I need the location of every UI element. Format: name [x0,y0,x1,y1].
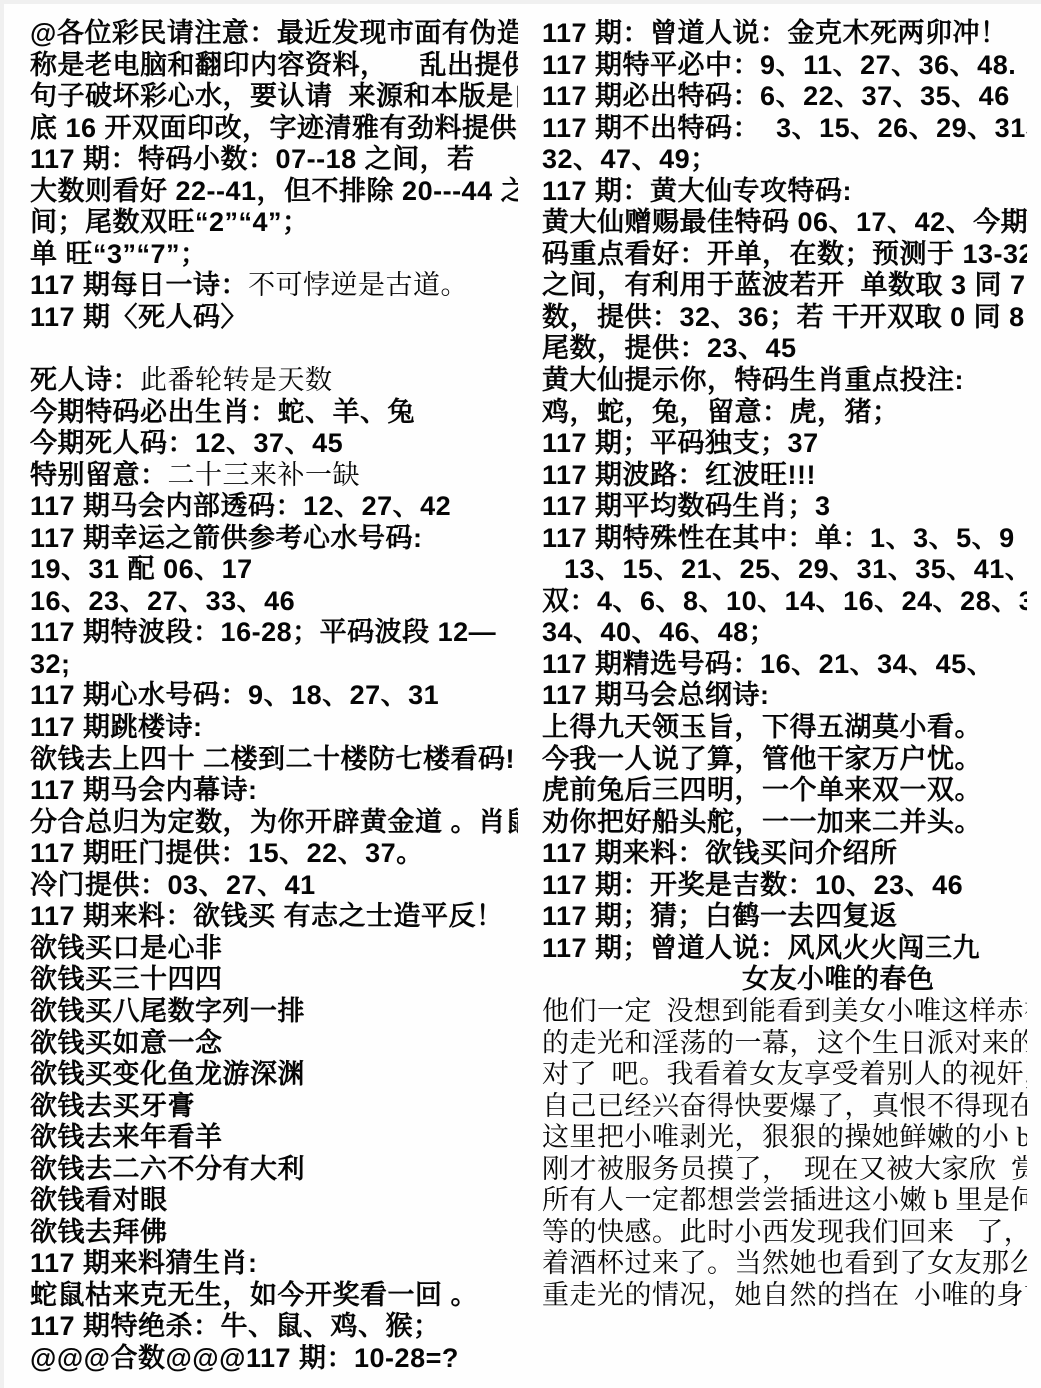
text-segment: 欲钱买变化鱼龙游深渊 [30,1059,305,1089]
text-segment: 对了 吧。我看着女友享受着别人的视奸， [542,1059,1027,1089]
text-line: 着酒杯过来了。当然她也看到了女友那么严 [542,1248,1027,1280]
text-line: 117 期幸运之箭供参考心水号码: [30,523,518,555]
text-line: 欲钱去买牙膏 [30,1091,518,1123]
text-segment: 双：4、6、8、10、14、16、24、28、30 [542,586,1027,616]
text-segment: 欲钱买三十四四 [30,964,223,994]
text-line: 欲钱去来年看羊 [30,1122,518,1154]
text-line: 数，提供：32、36；若 干开双取 0 同 8 [542,302,1027,334]
text-line: 欲钱买八尾数字列一排 [30,996,518,1028]
text-segment: 他们一定 没想到能看到美女小唯这样赤裸 [542,996,1027,1026]
text-line: 117 期；猜；白鹤一去四复返 [542,901,1027,933]
text-line: 今期特码必出生肖：蛇、羊、兔 [30,397,518,429]
text-segment: 117 期波路：红波旺!!! [542,460,816,490]
text-line: 死人诗：此番轮转是天数 [30,365,518,397]
text-line: 32、47、49； [542,144,1027,176]
text-line: 117 期来料：欲钱买 有志之士造平反！ [30,901,518,933]
text-line: 鸡，蛇，兔，留意：虎，猪； [542,397,1027,429]
text-line: 117 期马会总纲诗: [542,680,1027,712]
text-segment: 16、23、27、33、46 [30,586,295,616]
text-line: 双：4、6、8、10、14、16、24、28、30 [542,586,1027,618]
text-line: 117 期心水号码：9、18、27、31 [30,680,518,712]
text-line: 34、40、46、48； [542,617,1027,649]
text-line: 句子破坏彩心水，要认请 来源和本版是白 [30,81,518,113]
text-segment: 117 期心水号码：9、18、27、31 [30,680,439,710]
text-segment: 今我一人说了算，管他干家万户忧。 [542,744,982,774]
text-line: 间；尾数双旺“2”“4”； [30,207,518,239]
text-segment: 117 期马会内部透码：12、27、42 [30,491,451,521]
column-gap [518,18,542,1375]
text-segment: 117 期来料：欲钱买问介绍所 [542,838,898,868]
text-segment: 所有人一定都想尝尝插进这小嫩 b 里是何 [542,1185,1027,1215]
text-line: 117 期：开奖是吉数：10、23、46 [542,870,1027,902]
text-line: 117 期马会内幕诗: [30,775,518,807]
text-segment: 32、47、49； [542,144,718,174]
text-segment: 117 期马会内幕诗: [30,775,258,805]
text-segment: 欲钱去买牙膏 [30,1091,195,1121]
text-segment: 117 期马会总纲诗: [542,680,770,710]
text-segment: 117 期必出特码：6、22、37、35、46 [542,81,1010,111]
text-segment: 117 期：特码小数：07--18 之间，若 [30,144,475,174]
text-line: 码重点看好：开单，在数；预测于 13-32 [542,239,1027,271]
text-line: 117 期不出特码： 3、15、26、29、31、 [542,113,1027,145]
text-segment: 117 期精选号码：16、21、34、45、 [542,649,994,679]
text-line: @@@合数@@@117 期：10-28=? [30,1343,518,1375]
text-segment: 今期死人码：12、37、45 [30,428,343,458]
text-segment: 数，提供：32、36；若 干开双取 0 同 8 [542,302,1025,332]
text-segment: 117 期旺门提供：15、22、37。 [30,838,424,868]
text-segment: 此番轮转是天数 [140,365,333,395]
text-line: 16、23、27、33、46 [30,586,518,618]
text-segment: 欲钱买如意一念 [30,1028,223,1058]
text-segment: 黄大仙提示你，特码生肖重点投注: [542,365,964,395]
text-line: 117 期：曾道人说：金克木死两卯冲！ [542,18,1027,50]
text-segment: 117 期特波段：16-28；平码波段 12— [30,617,496,647]
text-line: 底 16 开双面印改，字迹清雅有劲料提供! [30,113,518,145]
text-line: 女友小唯的春色 [542,964,1027,996]
text-line: 欲钱买三十四四 [30,964,518,996]
text-segment: 欲钱去拜佛 [30,1217,168,1247]
text-line: 117 期必出特码：6、22、37、35、46 [542,81,1027,113]
text-line: 117 期特绝杀：牛、鼠、鸡、猴； [30,1311,518,1343]
text-segment: 码重点看好：开单，在数；预测于 13-32 [542,239,1027,269]
text-line: 冷门提供：03、27、41 [30,870,518,902]
text-segment: 117 期特绝杀：牛、鼠、鸡、猴； [30,1311,441,1341]
text-line: 劝你把好船头舵，一一加来二并头。 [542,807,1027,839]
text-line: 欲钱买变化鱼龙游深渊 [30,1059,518,1091]
text-segment: 欲钱去上四十 二楼到二十楼防七楼看码! [30,744,515,774]
text-segment: 句子破坏彩心水，要认请 来源和本版是白 [30,81,518,111]
text-segment: 欲钱看对眼 [30,1185,168,1215]
left-column: @各位彩民请注意：最近发现市面有伪造称是老电脑和翻印内容资料， 乱出提供诗句子破… [30,18,518,1375]
text-segment: 117 期〈死人码〉 [30,302,248,332]
text-line: 117 期；平码独支；37 [542,428,1027,460]
text-line: 之间，有利用于蓝波若开 单数取 3 同 7 尾 [542,270,1027,302]
text-line: 上得九天领玉旨，下得五湖莫小看。 [542,712,1027,744]
text-segment: 着酒杯过来了。当然她也看到了女友那么严 [542,1248,1027,1278]
text-line: 这里把小唯剥光，狠狠的操她鲜嫩的小 b。 [542,1122,1027,1154]
text-line: 117 期；曾道人说：风风火火闯三九 [542,933,1027,965]
text-segment: 117 期：开奖是吉数：10、23、46 [542,870,963,900]
text-segment: 117 期不出特码： 3、15、26、29、31、 [542,113,1027,143]
text-segment: 的走光和淫荡的一幕，这个生日派对来的太 [542,1028,1027,1058]
text-line: 今我一人说了算，管他干家万户忧。 [542,744,1027,776]
text-line: 13、15、21、25、29、31、35、41、49； [542,554,1027,586]
text-segment: 分合总归为定数，为你开辟黄金道 。肖鼠! [30,807,518,837]
text-line: 117 期精选号码：16、21、34、45、 [542,649,1027,681]
text-line: 117 期来料猜生肖: [30,1248,518,1280]
text-segment: 鸡，蛇，兔，留意：虎，猪； [542,397,900,427]
text-segment: 117 期；曾道人说：风风火火闯三九 [542,933,980,963]
text-line: 自己已经兴奋得快要爆了，真恨不得现在在 [542,1091,1027,1123]
text-segment: @各位彩民请注意：最近发现市面有伪造 [30,18,518,48]
text-segment: 冷门提供：03、27、41 [30,870,316,900]
text-segment: 等的快感。此时小西发现我们回来 了，拿 [542,1217,1027,1247]
text-line: 蛇鼠枯来克无生，如今开奖看一回 。 [30,1280,518,1312]
text-line: 117 期〈死人码〉 [30,302,518,334]
text-segment: 117 期；猜；白鹤一去四复返 [542,901,898,931]
text-line: 欲钱买口是心非 [30,933,518,965]
text-segment: 19、31 配 06、17 [30,554,253,584]
text-segment: 自己已经兴奋得快要爆了，真恨不得现在在 [542,1091,1027,1121]
text-segment: 底 16 开双面印改，字迹清雅有劲料提供! [30,113,518,143]
text-line: 重走光的情况，她自然的挡在 小唯的身前， [542,1280,1027,1312]
text-segment: 称是老电脑和翻印内容资料， 乱出提供诗 [30,50,518,80]
text-line: 117 期特殊性在其中：单：1、3、5、9 [542,523,1027,555]
text-segment: 117 期幸运之箭供参考心水号码: [30,523,423,553]
text-segment: 女友小唯的春色 [742,964,935,994]
text-segment: 13、15、21、25、29、31、35、41、49； [564,554,1027,584]
text-line: 117 期平均数码生肖；3 [542,491,1027,523]
text-segment: 32; [30,649,71,679]
text-segment: 间；尾数双旺“2”“4”； [30,207,310,237]
text-line: 今期死人码：12、37、45 [30,428,518,460]
text-segment: 不可悖逆是古道。 [248,270,468,300]
text-segment: 117 期平均数码生肖；3 [542,491,831,521]
text-segment: 117 期每日一诗： [30,270,248,300]
text-line: 虎前兔后三四明，一个单来双一双。 [542,775,1027,807]
text-segment: 今期特码必出生肖：蛇、羊、兔 [30,397,415,427]
text-segment: 死人诗： [30,365,140,395]
text-line: 117 期马会内部透码：12、27、42 [30,491,518,523]
text-line: 黄大仙提示你，特码生肖重点投注: [542,365,1027,397]
text-line: 117 期跳楼诗: [30,712,518,744]
text-line: 黄大仙赠赐最佳特码 06、17、42、今期特 [542,207,1027,239]
text-line: 的走光和淫荡的一幕，这个生日派对来的太 [542,1028,1027,1060]
text-segment: 尾数，提供：23、45 [542,333,797,363]
text-line: 大数则看好 22--41，但不排除 20---44 之 [30,176,518,208]
text-line: 117 期：特码小数：07--18 之间，若 [30,144,518,176]
text-segment: 蛇鼠枯来克无生，如今开奖看一回 。 [30,1280,478,1310]
text-line: 117 期旺门提供：15、22、37。 [30,838,518,870]
scanned-tip-sheet-page: @各位彩民请注意：最近发现市面有伪造称是老电脑和翻印内容资料， 乱出提供诗句子破… [0,0,1041,1388]
text-line: 刚才被服务员摸了， 现在又被大家欣 赏， [542,1154,1027,1186]
text-segment: 117 期跳楼诗: [30,712,203,742]
text-segment: 重走光的情况，她自然的挡在 小唯的身前， [542,1280,1027,1310]
text-line: 所有人一定都想尝尝插进这小嫩 b 里是何 [542,1185,1027,1217]
text-line: 尾数，提供：23、45 [542,333,1027,365]
text-line: 欲钱去拜佛 [30,1217,518,1249]
text-segment: 欲钱去来年看羊 [30,1122,223,1152]
text-line: 分合总归为定数，为你开辟黄金道 。肖鼠! [30,807,518,839]
text-segment: 劝你把好船头舵，一一加来二并头。 [542,807,982,837]
text-segment: 欲钱买口是心非 [30,933,223,963]
text-line: 117 期特平必中：9、11、27、36、48. [542,50,1027,82]
text-segment: 单 旺“3”“7”； [30,239,208,269]
text-segment: 上得九天领玉旨，下得五湖莫小看。 [542,712,982,742]
text-segment: 黄大仙赠赐最佳特码 06、17、42、今期特 [542,207,1027,237]
text-line: 欲钱买如意一念 [30,1028,518,1060]
text-segment: 刚才被服务员摸了， 现在又被大家欣 赏， [542,1154,1027,1184]
text-segment: 大数则看好 22--41，但不排除 20---44 之 [30,176,518,206]
text-line: 117 期每日一诗：不可悖逆是古道。 [30,270,518,302]
text-line: 117 期来料：欲钱买问介绍所 [542,838,1027,870]
text-line: 对了 吧。我看着女友享受着别人的视奸， [542,1059,1027,1091]
text-segment: 117 期特平必中：9、11、27、36、48. [542,50,1016,80]
text-line: 32; [30,649,518,681]
text-segment: 117 期来料：欲钱买 有志之士造平反！ [30,901,504,931]
text-line: 欲钱看对眼 [30,1185,518,1217]
text-segment: @@@合数@@@117 期：10-28=? [30,1343,459,1373]
text-segment: 这里把小唯剥光，狠狠的操她鲜嫩的小 b。 [542,1122,1027,1152]
text-segment: 34、40、46、48； [542,617,776,647]
text-segment: 117 期：黄大仙专攻特码: [542,176,852,206]
blank-line [30,333,518,365]
text-segment: 虎前兔后三四明，一个单来双一双。 [542,775,982,805]
text-segment: 欲钱去二六不分有大利 [30,1154,305,1184]
text-segment: 117 期来料猜生肖: [30,1248,258,1278]
text-line: @各位彩民请注意：最近发现市面有伪造 [30,18,518,50]
text-line: 19、31 配 06、17 [30,554,518,586]
text-segment: 特别留意： [30,460,168,490]
text-line: 欲钱去二六不分有大利 [30,1154,518,1186]
text-line: 单 旺“3”“7”； [30,239,518,271]
text-segment: 欲钱买八尾数字列一排 [30,996,305,1026]
text-line: 特别留意：二十三来补一缺 [30,460,518,492]
right-column: 117 期：曾道人说：金克木死两卯冲！117 期特平必中：9、11、27、36、… [542,18,1027,1375]
text-line: 他们一定 没想到能看到美女小唯这样赤裸 [542,996,1027,1028]
text-line: 称是老电脑和翻印内容资料， 乱出提供诗 [30,50,518,82]
columns-wrapper: @各位彩民请注意：最近发现市面有伪造称是老电脑和翻印内容资料， 乱出提供诗句子破… [30,18,1027,1375]
text-line: 117 期：黄大仙专攻特码: [542,176,1027,208]
text-segment: 之间，有利用于蓝波若开 单数取 3 同 7 尾 [542,270,1027,300]
text-line: 欲钱去上四十 二楼到二十楼防七楼看码! [30,744,518,776]
text-line: 117 期波路：红波旺!!! [542,460,1027,492]
text-segment: 二十三来补一缺 [168,460,361,490]
text-segment: 117 期；平码独支；37 [542,428,819,458]
text-segment: 117 期：曾道人说：金克木死两卯冲！ [542,18,1008,48]
text-segment: 117 期特殊性在其中：单：1、3、5、9 [542,523,1015,553]
text-line: 117 期特波段：16-28；平码波段 12— [30,617,518,649]
text-line: 等的快感。此时小西发现我们回来 了，拿 [542,1217,1027,1249]
